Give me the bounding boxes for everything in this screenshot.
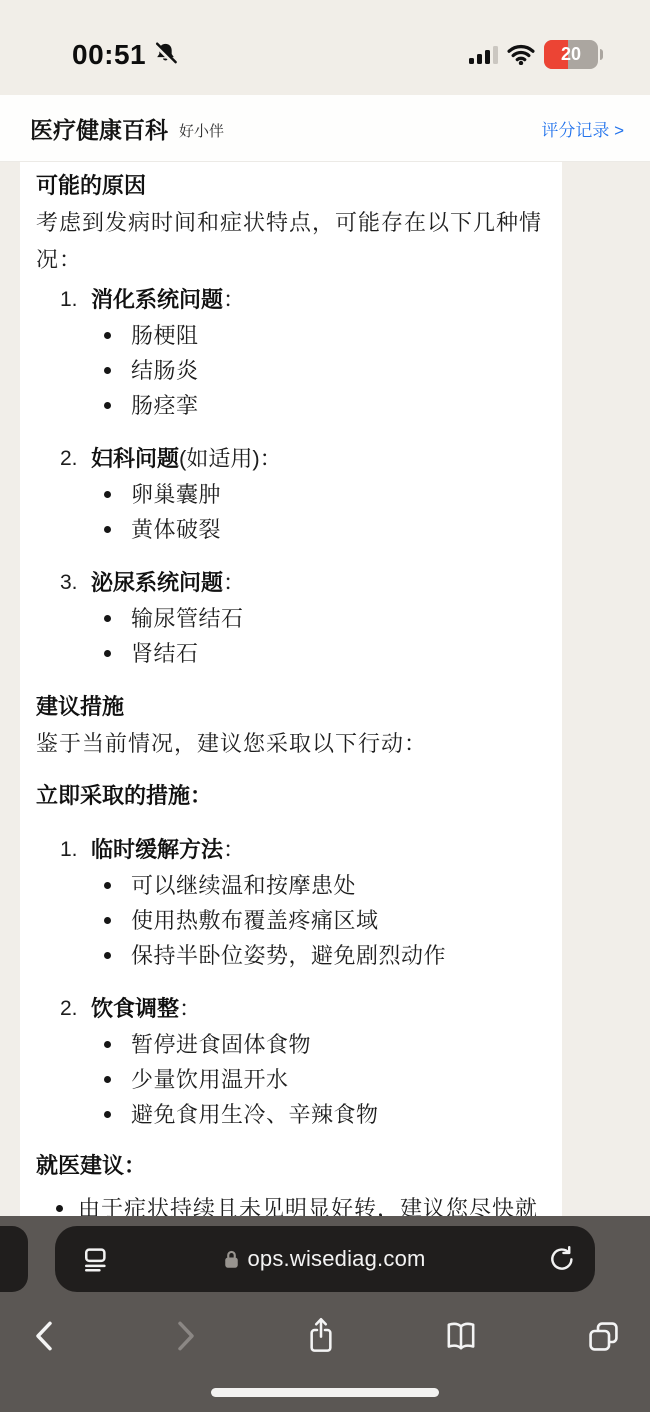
numbered-item: 2.妇科问题(如适用)： <box>36 441 546 477</box>
numbered-item-title: 消化系统问题： <box>91 282 245 318</box>
status-left: 00:51 <box>72 39 179 71</box>
bullet-item: 结肠炎 <box>36 353 546 388</box>
bullet-text: 可以继续温和按摩患处 <box>111 868 356 903</box>
bullet-item: 肠梗阻 <box>36 318 546 353</box>
numbered-item-number: 2. <box>60 991 91 1027</box>
bullet-item: 可以继续温和按摩患处 <box>36 868 546 903</box>
sub-heading: 就医建议： <box>36 1148 546 1184</box>
browser-toolbar <box>0 1312 650 1364</box>
rating-records-link[interactable]: 评分记录 > <box>541 116 624 141</box>
bullet-item: 暂停进食固体食物 <box>36 1027 546 1062</box>
url-text[interactable]: ops.wisediag.com <box>247 1246 425 1272</box>
status-bar: 00:51 <box>0 0 650 95</box>
bullet-dot-icon <box>104 1076 111 1083</box>
outer-bullet-list: 由于症状持续且未见明显好转，建议您尽快就近就医 <box>36 1190 546 1216</box>
browser-bottom-bar: ops.wisediag.com <box>0 1216 650 1412</box>
bullet-text: 输尿管结石 <box>111 601 244 636</box>
bullet-text: 由于症状持续且未见明显好转，建议您尽快就近就医 <box>63 1190 546 1216</box>
numbered-item-number: 1. <box>60 282 91 318</box>
bookmarks-button[interactable] <box>437 1312 485 1360</box>
article-scroll-area[interactable]: 可能的原因考虑到发病时间和症状特点，可能存在以下几种情况：1.消化系统问题：肠梗… <box>0 162 650 1216</box>
reader-button[interactable] <box>75 1239 115 1279</box>
numbered-group: 2.饮食调整：暂停进食固体食物少量饮用温开水避免食用生冷、辛辣食物 <box>36 991 546 1132</box>
bullet-dot-icon <box>104 1041 111 1048</box>
lock-icon <box>224 1249 239 1269</box>
bullet-item: 保持半卧位姿势，避免剧烈动作 <box>36 938 546 973</box>
battery-low-icon: 20 <box>544 40 604 69</box>
forward-button[interactable] <box>162 1312 210 1360</box>
bullet-text: 保持半卧位姿势，避免剧烈动作 <box>111 938 446 973</box>
numbered-item-title: 妇科问题(如适用)： <box>91 441 282 477</box>
bullet-dot-icon <box>104 491 111 498</box>
bullet-text: 暂停进食固体食物 <box>111 1027 311 1062</box>
numbered-item-title: 饮食调整： <box>91 991 201 1027</box>
bell-slash-icon <box>152 41 179 68</box>
url-display: ops.wisediag.com <box>55 1226 595 1292</box>
numbered-group: 1.消化系统问题：肠梗阻结肠炎肠痉挛 <box>36 282 546 423</box>
bullet-dot-icon <box>104 332 111 339</box>
paragraph: 考虑到发病时间和症状特点，可能存在以下几种情况： <box>36 204 546 278</box>
numbered-item-title: 泌尿系统问题： <box>91 565 245 601</box>
bullet-text: 卵巢囊肿 <box>111 477 221 512</box>
numbered-group: 1.临时缓解方法：可以继续温和按摩患处使用热敷布覆盖疼痛区域保持半卧位姿势，避免… <box>36 832 546 973</box>
previous-tab-edge[interactable] <box>0 1226 28 1292</box>
bullet-dot-icon <box>104 615 111 622</box>
battery-percent: 20 <box>544 40 598 69</box>
numbered-item-number: 1. <box>60 832 91 868</box>
bullet-item: 卵巢囊肿 <box>36 477 546 512</box>
bullet-dot-icon <box>104 952 111 959</box>
iphone-screen: 00:51 <box>0 0 650 1412</box>
bullet-item: 肾结石 <box>36 636 546 671</box>
bullet-text: 使用热敷布覆盖疼痛区域 <box>111 903 379 938</box>
numbered-group: 3.泌尿系统问题：输尿管结石肾结石 <box>36 565 546 671</box>
section-heading: 建议措施 <box>36 689 546 725</box>
bullet-item: 由于症状持续且未见明显好转，建议您尽快就近就医 <box>36 1190 546 1216</box>
numbered-item: 3.泌尿系统问题： <box>36 565 546 601</box>
bullet-text: 少量饮用温开水 <box>111 1062 289 1097</box>
bullet-text: 避免食用生冷、辛辣食物 <box>111 1097 379 1132</box>
bullet-item: 输尿管结石 <box>36 601 546 636</box>
cellular-signal-icon <box>469 45 499 64</box>
section-heading: 可能的原因 <box>36 168 546 204</box>
tabs-button[interactable] <box>579 1312 627 1360</box>
bullet-dot-icon <box>56 1205 63 1212</box>
numbered-item-number: 3. <box>60 565 91 601</box>
bullet-item: 肠痉挛 <box>36 388 546 423</box>
share-button[interactable] <box>297 1312 345 1360</box>
page-subtitle: 好小伴 <box>179 116 224 141</box>
bullet-text: 肾结石 <box>111 636 199 671</box>
numbered-item-title: 临时缓解方法： <box>91 832 245 868</box>
bullet-dot-icon <box>104 402 111 409</box>
paragraph: 鉴于当前情况，建议您采取以下行动： <box>36 725 546 762</box>
bullet-item: 黄体破裂 <box>36 512 546 547</box>
numbered-item: 2.饮食调整： <box>36 991 546 1027</box>
numbered-item: 1.消化系统问题： <box>36 282 546 318</box>
bullet-item: 少量饮用温开水 <box>36 1062 546 1097</box>
home-indicator[interactable] <box>211 1388 439 1397</box>
back-button[interactable] <box>20 1312 68 1360</box>
bullet-dot-icon <box>104 917 111 924</box>
wifi-icon <box>507 44 535 65</box>
bullet-text: 肠痉挛 <box>111 388 199 423</box>
content-card: 可能的原因考虑到发病时间和症状特点，可能存在以下几种情况：1.消化系统问题：肠梗… <box>20 162 562 1216</box>
bullet-dot-icon <box>104 367 111 374</box>
bullet-item: 使用热敷布覆盖疼痛区域 <box>36 903 546 938</box>
bullet-dot-icon <box>104 1111 111 1118</box>
bullet-dot-icon <box>104 650 111 657</box>
numbered-group: 2.妇科问题(如适用)：卵巢囊肿黄体破裂 <box>36 441 546 547</box>
status-right: 20 <box>469 40 605 69</box>
bullet-text: 黄体破裂 <box>111 512 221 547</box>
numbered-item-number: 2. <box>60 441 91 477</box>
app-header: 医疗健康百科 好小伴 评分记录 > <box>0 95 650 162</box>
page-title: 医疗健康百科 <box>30 112 168 145</box>
numbered-item: 1.临时缓解方法： <box>36 832 546 868</box>
bullet-dot-icon <box>104 526 111 533</box>
address-bar[interactable]: ops.wisediag.com <box>55 1226 595 1292</box>
bullet-dot-icon <box>104 882 111 889</box>
reload-button[interactable] <box>541 1239 581 1279</box>
bullet-text: 肠梗阻 <box>111 318 199 353</box>
bullet-text: 结肠炎 <box>111 353 199 388</box>
sub-heading: 立即采取的措施： <box>36 778 546 814</box>
clock: 00:51 <box>72 39 146 71</box>
bullet-item: 避免食用生冷、辛辣食物 <box>36 1097 546 1132</box>
